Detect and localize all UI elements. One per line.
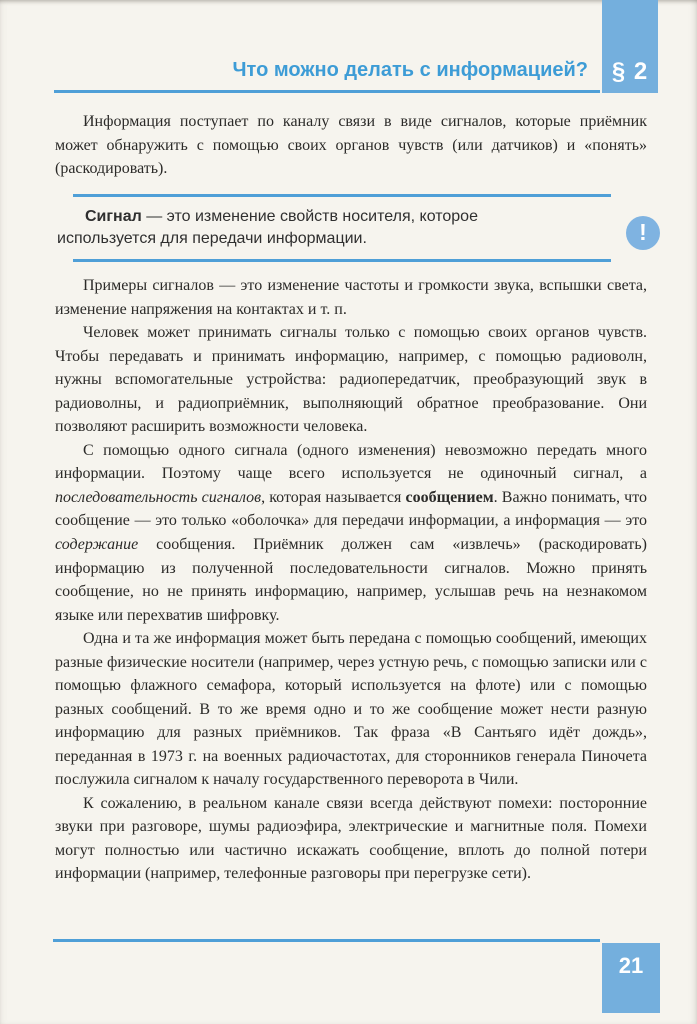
page-number: 21: [619, 953, 643, 978]
textbook-page: § 2 Что можно делать с информацией? Инфо…: [0, 0, 697, 1024]
section-badge: § 2: [602, 0, 658, 93]
page-title: Что можно делать с информацией?: [55, 56, 588, 84]
important-icon: !: [626, 216, 660, 250]
page-number-badge: 21: [602, 943, 660, 1013]
definition-term: Сигнал: [85, 208, 142, 225]
paragraph: Человек может принимать сигналы только с…: [55, 321, 647, 439]
article-body: Информация поступает по каналу связи в в…: [55, 110, 647, 886]
section-label: § 2: [612, 58, 648, 86]
paragraph: С помощью одного сигнала (одного изменен…: [55, 439, 647, 627]
definition-box: Сигнал — это изменение свойств носителя,…: [55, 194, 611, 263]
header-rule: [54, 90, 600, 93]
paragraph: Примеры сигналов — это изменение частоты…: [55, 274, 647, 321]
paragraph: Одна и та же информация может быть перед…: [55, 627, 647, 792]
footer-rule: [53, 939, 600, 942]
definition-text: Сигнал — это изменение свойств носителя,…: [57, 206, 519, 251]
paragraph: К сожалению, в реальном канале связи все…: [55, 792, 647, 886]
paragraph: Информация поступает по каналу связи в в…: [55, 110, 647, 181]
